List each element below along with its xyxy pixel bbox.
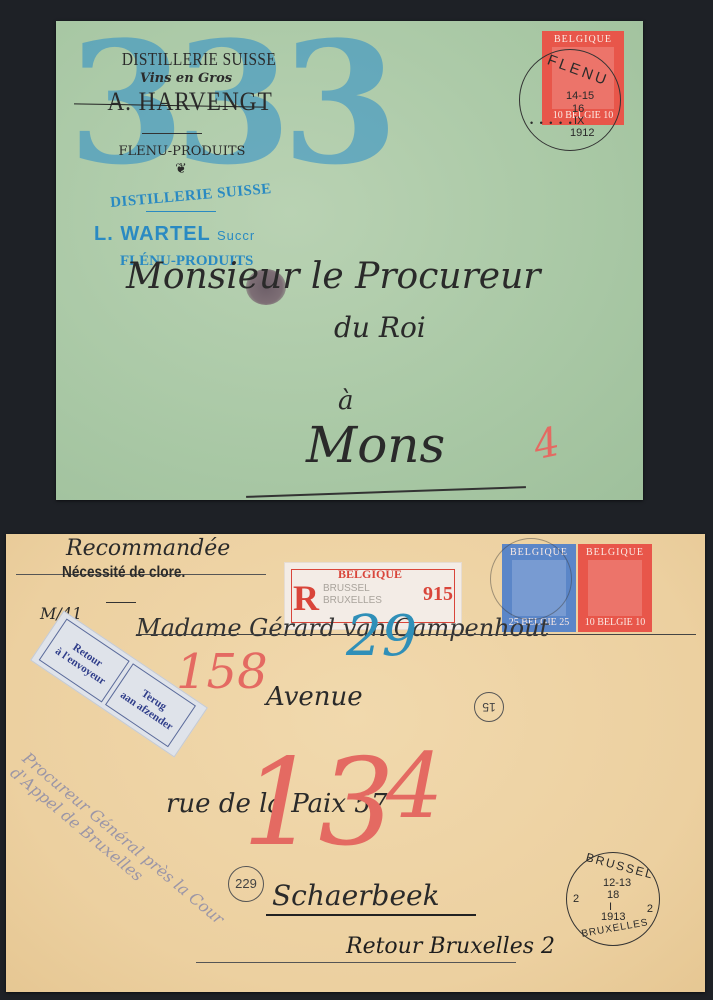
cachet-line2: L. WARTEL Succr [94,223,255,246]
printed-notice: Nécessité de clore. [62,564,185,582]
address-line1: Madame Gérard van Campenhout [136,614,549,642]
cachet-name: L. WARTEL [94,223,210,245]
red-crayon-mark-1: 158 [176,644,268,700]
short-rule [106,602,136,603]
envelope-top: 333 DISTILLERIE SUISSE Vins en Gros A. H… [56,21,643,500]
letterhead-line1: DISTILLERIE SUISSE [80,49,318,70]
red-crayon-mark-2: 13 [242,734,395,873]
underline [246,486,526,497]
violet-cachet: Procureur Général près la Cour d'Appel d… [7,748,246,957]
stamp-country: BELGIQUE [580,547,650,558]
address-line4: Schaerbeek [272,879,440,912]
postmark-office-left: 2 [573,893,579,905]
postmark-brussel: BRUSSEL 2 2 12-13 18 I 1913 BRUXELLES [566,852,660,946]
postmark-month: IX [574,115,584,127]
circle-mark-15: 15 [474,692,504,722]
registration-letter: R [293,577,319,619]
postmark-flenu: FLENU 14-15 16 IX 1912 • • • • • [519,49,621,151]
postmark-office-right: 2 [647,903,653,915]
address-line1: Monsieur le Procureur [126,256,540,297]
postmark-dots: • • • • • [530,118,574,128]
postage-stamp-10: BELGIQUE 10 BELGIE 10 [578,544,652,632]
ornament-icon: ❦ [166,161,196,177]
forwarding-note: Retour Bruxelles 2 [346,934,555,959]
postmark-year: 1912 [570,127,594,139]
letterhead-line2: Vins en Gros [116,71,256,86]
registration-country: BELGIQUE [325,567,415,582]
cachet-divider [146,211,216,212]
address-line2: Avenue [266,682,363,712]
letterhead-line3: A. HARVENGT [82,87,298,117]
postmark-time: 12-13 [603,877,631,889]
circle-mark-229: 229 [228,866,264,902]
red-crayon-mark-3: 4 [386,734,443,839]
envelope-bottom: Recommandée Nécessité de clore. M/41 R B… [6,534,705,992]
cachet-suffix: Succr [217,228,255,243]
rule [196,962,516,963]
stamp-value: 10 BELGIE 10 [580,617,650,628]
registration-number: 915 [423,583,453,606]
address-line4: Mons [306,416,445,474]
address-line2: du Roi [334,311,426,344]
red-crayon-mark: 4 [529,419,563,469]
postmark-day: 18 [607,889,619,901]
postmark-day: 16 [572,103,584,115]
blue-crayon-mark: 29 [346,604,417,669]
stamp-country: BELGIQUE [544,34,622,45]
strike-line [266,914,476,916]
king-portrait-icon [588,560,642,616]
office-line1: BRUSSEL [323,583,382,595]
letterhead-line4: FLENU-PRODUITS [102,144,262,159]
handwritten-recommandee: Recommandée [66,536,230,561]
faint-postmark [490,538,572,620]
address-line3: à [338,386,354,416]
divider [142,133,202,134]
postmark-time: 14-15 [566,90,594,102]
